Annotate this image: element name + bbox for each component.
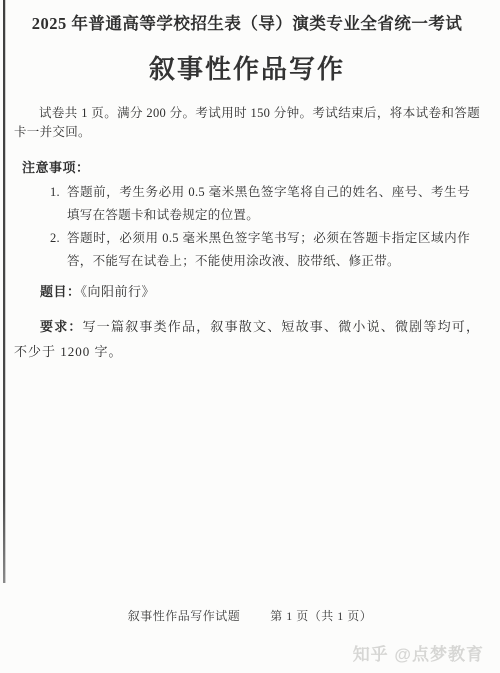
requirement-value: 写一篇叙事类作品，叙事散文、短故事、微小说、微剧等均可，不少于 1200 字。 xyxy=(14,319,480,359)
notice-heading: 注意事项： xyxy=(22,157,480,176)
requirement-label: 要求： xyxy=(40,319,83,334)
notice-item-2: 2. 答题时，必须用 0.5 毫米黑色签字笔书写；必须在答题卡指定区域内作答，不… xyxy=(50,227,470,273)
notice-item-2-text: 答题时，必须用 0.5 毫米黑色签字笔书写；必须在答题卡指定区域内作答，不能写在… xyxy=(67,227,470,273)
notice-list: 1. 答题前，考生务必用 0.5 毫米黑色签字笔将自己的姓名、座号、考生号填写在… xyxy=(14,181,480,273)
footer-page-info: 第 1 页（共 1 页） xyxy=(270,609,372,623)
notice-item-2-number: 2. xyxy=(50,227,67,273)
watermark: 知乎 @点梦教育 xyxy=(353,640,484,665)
exam-paper-content: 2025 年普通高等学校招生表（导）演类专业全省统一考试 叙事性作品写作 试卷共… xyxy=(0,13,500,364)
footer-doc-name: 叙事性作品写作试题 xyxy=(128,609,241,623)
topic-value: 《向阳前行》 xyxy=(81,284,156,299)
subject-title: 叙事性作品写作 xyxy=(14,54,480,84)
notice-item-1-number: 1. xyxy=(50,181,67,227)
requirement-line: 要求：写一篇叙事类作品，叙事散文、短故事、微小说、微剧等均可，不少于 1200 … xyxy=(14,314,480,364)
exam-paper-page: 2025 年普通高等学校招生表（导）演类专业全省统一考试 叙事性作品写作 试卷共… xyxy=(0,0,500,673)
exam-title: 2025 年普通高等学校招生表（导）演类专业全省统一考试 xyxy=(14,13,480,35)
notice-item-1: 1. 答题前，考生务必用 0.5 毫米黑色签字笔将自己的姓名、座号、考生号填写在… xyxy=(50,181,470,227)
topic-label: 题目： xyxy=(40,284,81,299)
exam-info-line: 试卷共 1 页。满分 200 分。考试用时 150 分钟。考试结束后，将本试卷和… xyxy=(14,104,480,142)
notice-item-1-text: 答题前，考生务必用 0.5 毫米黑色签字笔将自己的姓名、座号、考生号填写在答题卡… xyxy=(67,181,470,227)
topic-line: 题目：《向阳前行》 xyxy=(14,282,480,302)
page-footer: 叙事性作品写作试题第 1 页（共 1 页） xyxy=(0,607,500,624)
